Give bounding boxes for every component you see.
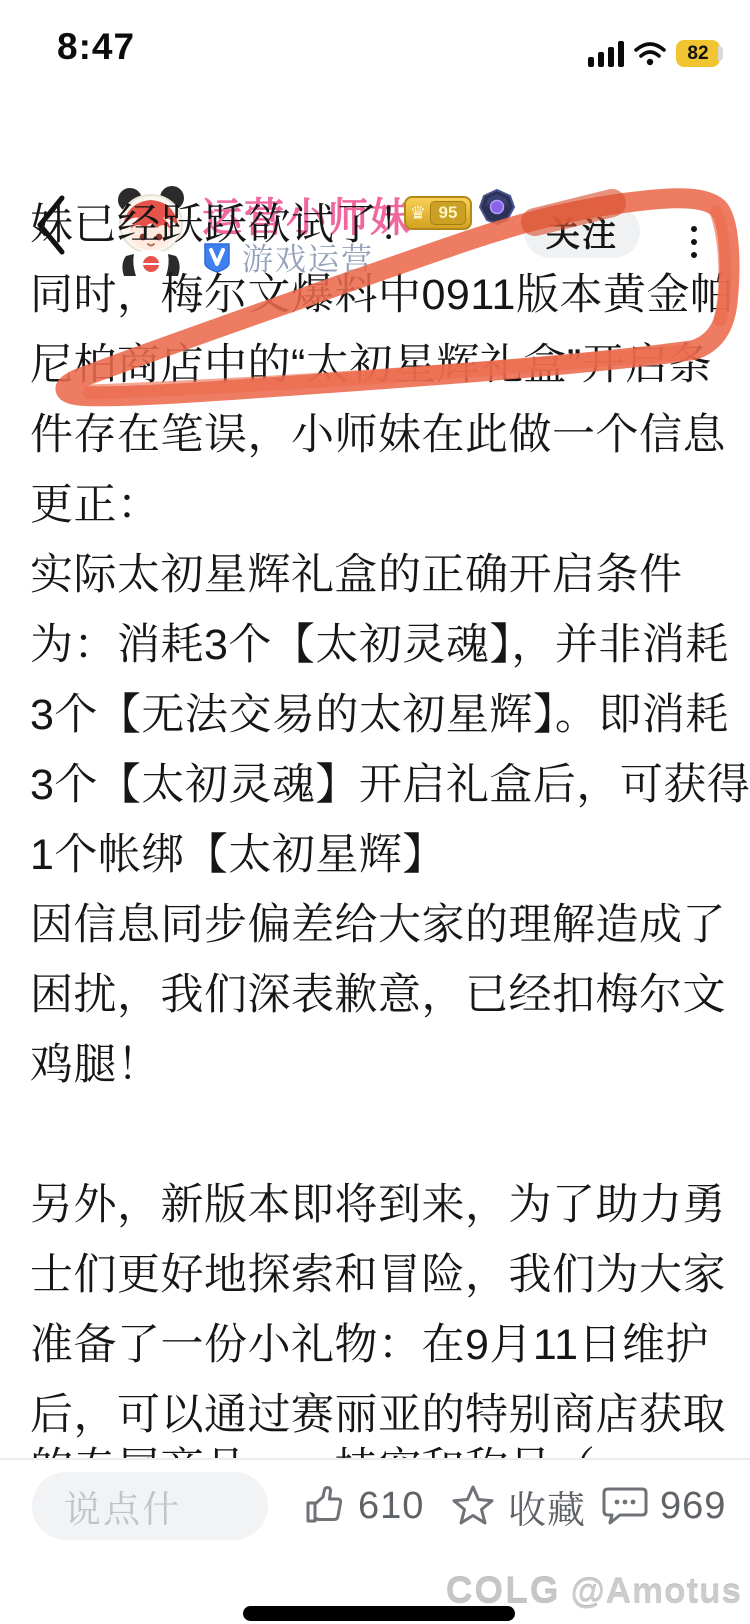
post-line: 同时，梅尔文爆料中0911版本黄金帕 xyxy=(30,260,722,330)
watermark: COLG@Amotus xyxy=(446,1570,742,1612)
comment-count: 969 xyxy=(660,1485,726,1528)
post-line xyxy=(30,1100,722,1170)
post-body: 妹已经跃跃欲试了！ 同时，梅尔文爆料中0911版本黄金帕 尼柏商店中的“太初星辉… xyxy=(0,0,750,1458)
comment-placeholder: 说点什 xyxy=(64,1479,181,1533)
post-line: 1个帐绑【太初星辉】 xyxy=(30,820,722,890)
post-line: 士们更好地探索和冒险，我们为大家 xyxy=(30,1240,722,1310)
post-line: 困扰，我们深表歉意，已经扣梅尔文 xyxy=(30,960,722,1030)
comment-bubble-icon xyxy=(602,1484,648,1528)
post-line: 为：消耗3个【太初灵魂】，并非消耗 xyxy=(30,610,722,680)
favorite-label: 收藏 xyxy=(508,1479,586,1534)
post-line: 尼柏商店中的“太初星辉礼盒”开启条 xyxy=(30,330,722,400)
post-line: 实际太初星辉礼盒的正确开启条件 xyxy=(30,540,722,610)
thumbs-up-icon xyxy=(302,1484,346,1528)
post-line: 件存在笔误，小师妹在此做一个信息 xyxy=(30,400,722,470)
favorite-button[interactable]: 收藏 xyxy=(450,1472,586,1540)
like-count: 610 xyxy=(358,1485,424,1528)
post-line: 3个【无法交易的太初星辉】。即消耗 xyxy=(30,680,722,750)
bottom-bar: 说点什 610 收藏 969 COLG@A xyxy=(0,1460,750,1624)
post-line: 另外，新版本即将到来，为了助力勇 xyxy=(30,1170,722,1240)
post-line: 因信息同步偏差给大家的理解造成了 xyxy=(30,890,722,960)
comments-button[interactable]: 969 xyxy=(602,1472,726,1540)
post-line: 妹已经跃跃欲试了！ xyxy=(30,190,722,260)
comment-input[interactable]: 说点什 xyxy=(32,1472,268,1540)
post-line: 3个【太初灵魂】开启礼盒后，可获得 xyxy=(30,750,722,820)
post-line-clipped: 的专属商品——挂宠和称号（ xyxy=(30,1446,722,1458)
like-button[interactable]: 610 xyxy=(302,1472,424,1540)
watermark-brand: COLG xyxy=(446,1570,561,1611)
post-line: 鸡腿！ xyxy=(30,1030,722,1100)
post-line: 准备了一份小礼物：在9月11日维护 xyxy=(30,1310,722,1380)
star-icon xyxy=(450,1483,496,1529)
post-line: 后，可以通过赛丽亚的特别商店获取 xyxy=(30,1380,722,1450)
post-line: 更正： xyxy=(30,470,722,540)
watermark-handle: @Amotus xyxy=(571,1572,742,1611)
phone-screen: 8:47 82 xyxy=(0,0,750,1624)
